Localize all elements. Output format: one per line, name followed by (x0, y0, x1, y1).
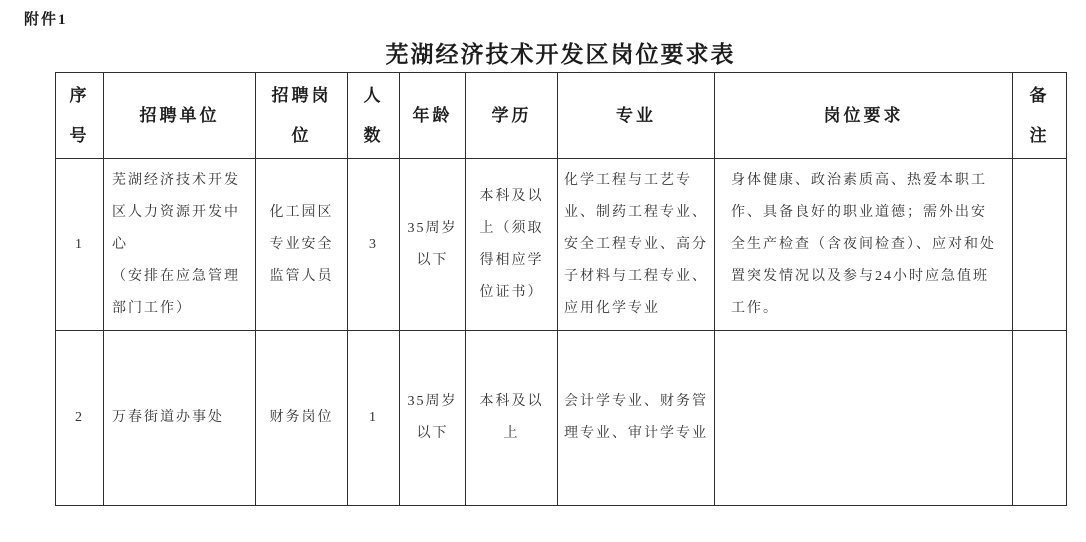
cell-remark (1013, 159, 1067, 331)
cell-position: 财务岗位 (256, 331, 348, 506)
cell-major: 化学工程与工艺专业、制药工程专业、安全工程专业、高分子材料与工程专业、应用化学专… (558, 159, 715, 331)
attachment-label: 附件1 (24, 8, 68, 29)
column-header-count: 人 数 (348, 73, 400, 159)
cell-count: 1 (348, 331, 400, 506)
cell-seq: 1 (56, 159, 104, 331)
cell-major: 会计学专业、财务管理专业、审计学专业 (558, 331, 715, 506)
job-requirements-table: 序 号 招聘单位 招聘岗 位 人 数 年龄 学历 专业 岗位要求 备 注 1 芜… (55, 72, 1067, 506)
cell-remark (1013, 331, 1067, 506)
column-header-remark: 备 注 (1013, 73, 1067, 159)
document-page: 附件1 芜湖经济技术开发区岗位要求表 序 号 招聘单位 招聘岗 位 人 数 年龄… (0, 0, 1086, 542)
column-header-age: 年龄 (400, 73, 466, 159)
cell-position: 化工园区专业安全监管人员 (256, 159, 348, 331)
table-row: 2 万春街道办事处 财务岗位 1 35周岁以下 本科及以上 会计学专业、财务管理… (56, 331, 1067, 506)
cell-requirements (715, 331, 1013, 506)
column-header-major: 专业 (558, 73, 715, 159)
header-row: 序 号 招聘单位 招聘岗 位 人 数 年龄 学历 专业 岗位要求 备 注 (56, 73, 1067, 159)
column-header-unit: 招聘单位 (104, 73, 256, 159)
column-header-education: 学历 (466, 73, 558, 159)
table-row: 1 芜湖经济技术开发区人力资源开发中心 （安排在应急管理部门工作） 化工园区专业… (56, 159, 1067, 331)
cell-seq: 2 (56, 331, 104, 506)
column-header-requirements: 岗位要求 (715, 73, 1013, 159)
cell-count: 3 (348, 159, 400, 331)
cell-unit: 芜湖经济技术开发区人力资源开发中心 （安排在应急管理部门工作） (104, 159, 256, 331)
cell-age: 35周岁以下 (400, 331, 466, 506)
cell-education: 本科及以上 (466, 331, 558, 506)
column-header-position: 招聘岗 位 (256, 73, 348, 159)
cell-requirements: 身体健康、政治素质高、热爱本职工作、具备良好的职业道德；需外出安全生产检查（含夜… (715, 159, 1013, 331)
cell-unit: 万春街道办事处 (104, 331, 256, 506)
column-header-seq: 序 号 (56, 73, 104, 159)
page-title: 芜湖经济技术开发区岗位要求表 (55, 36, 1066, 69)
cell-age: 35周岁以下 (400, 159, 466, 331)
cell-education: 本科及以上（须取得相应学位证书） (466, 159, 558, 331)
